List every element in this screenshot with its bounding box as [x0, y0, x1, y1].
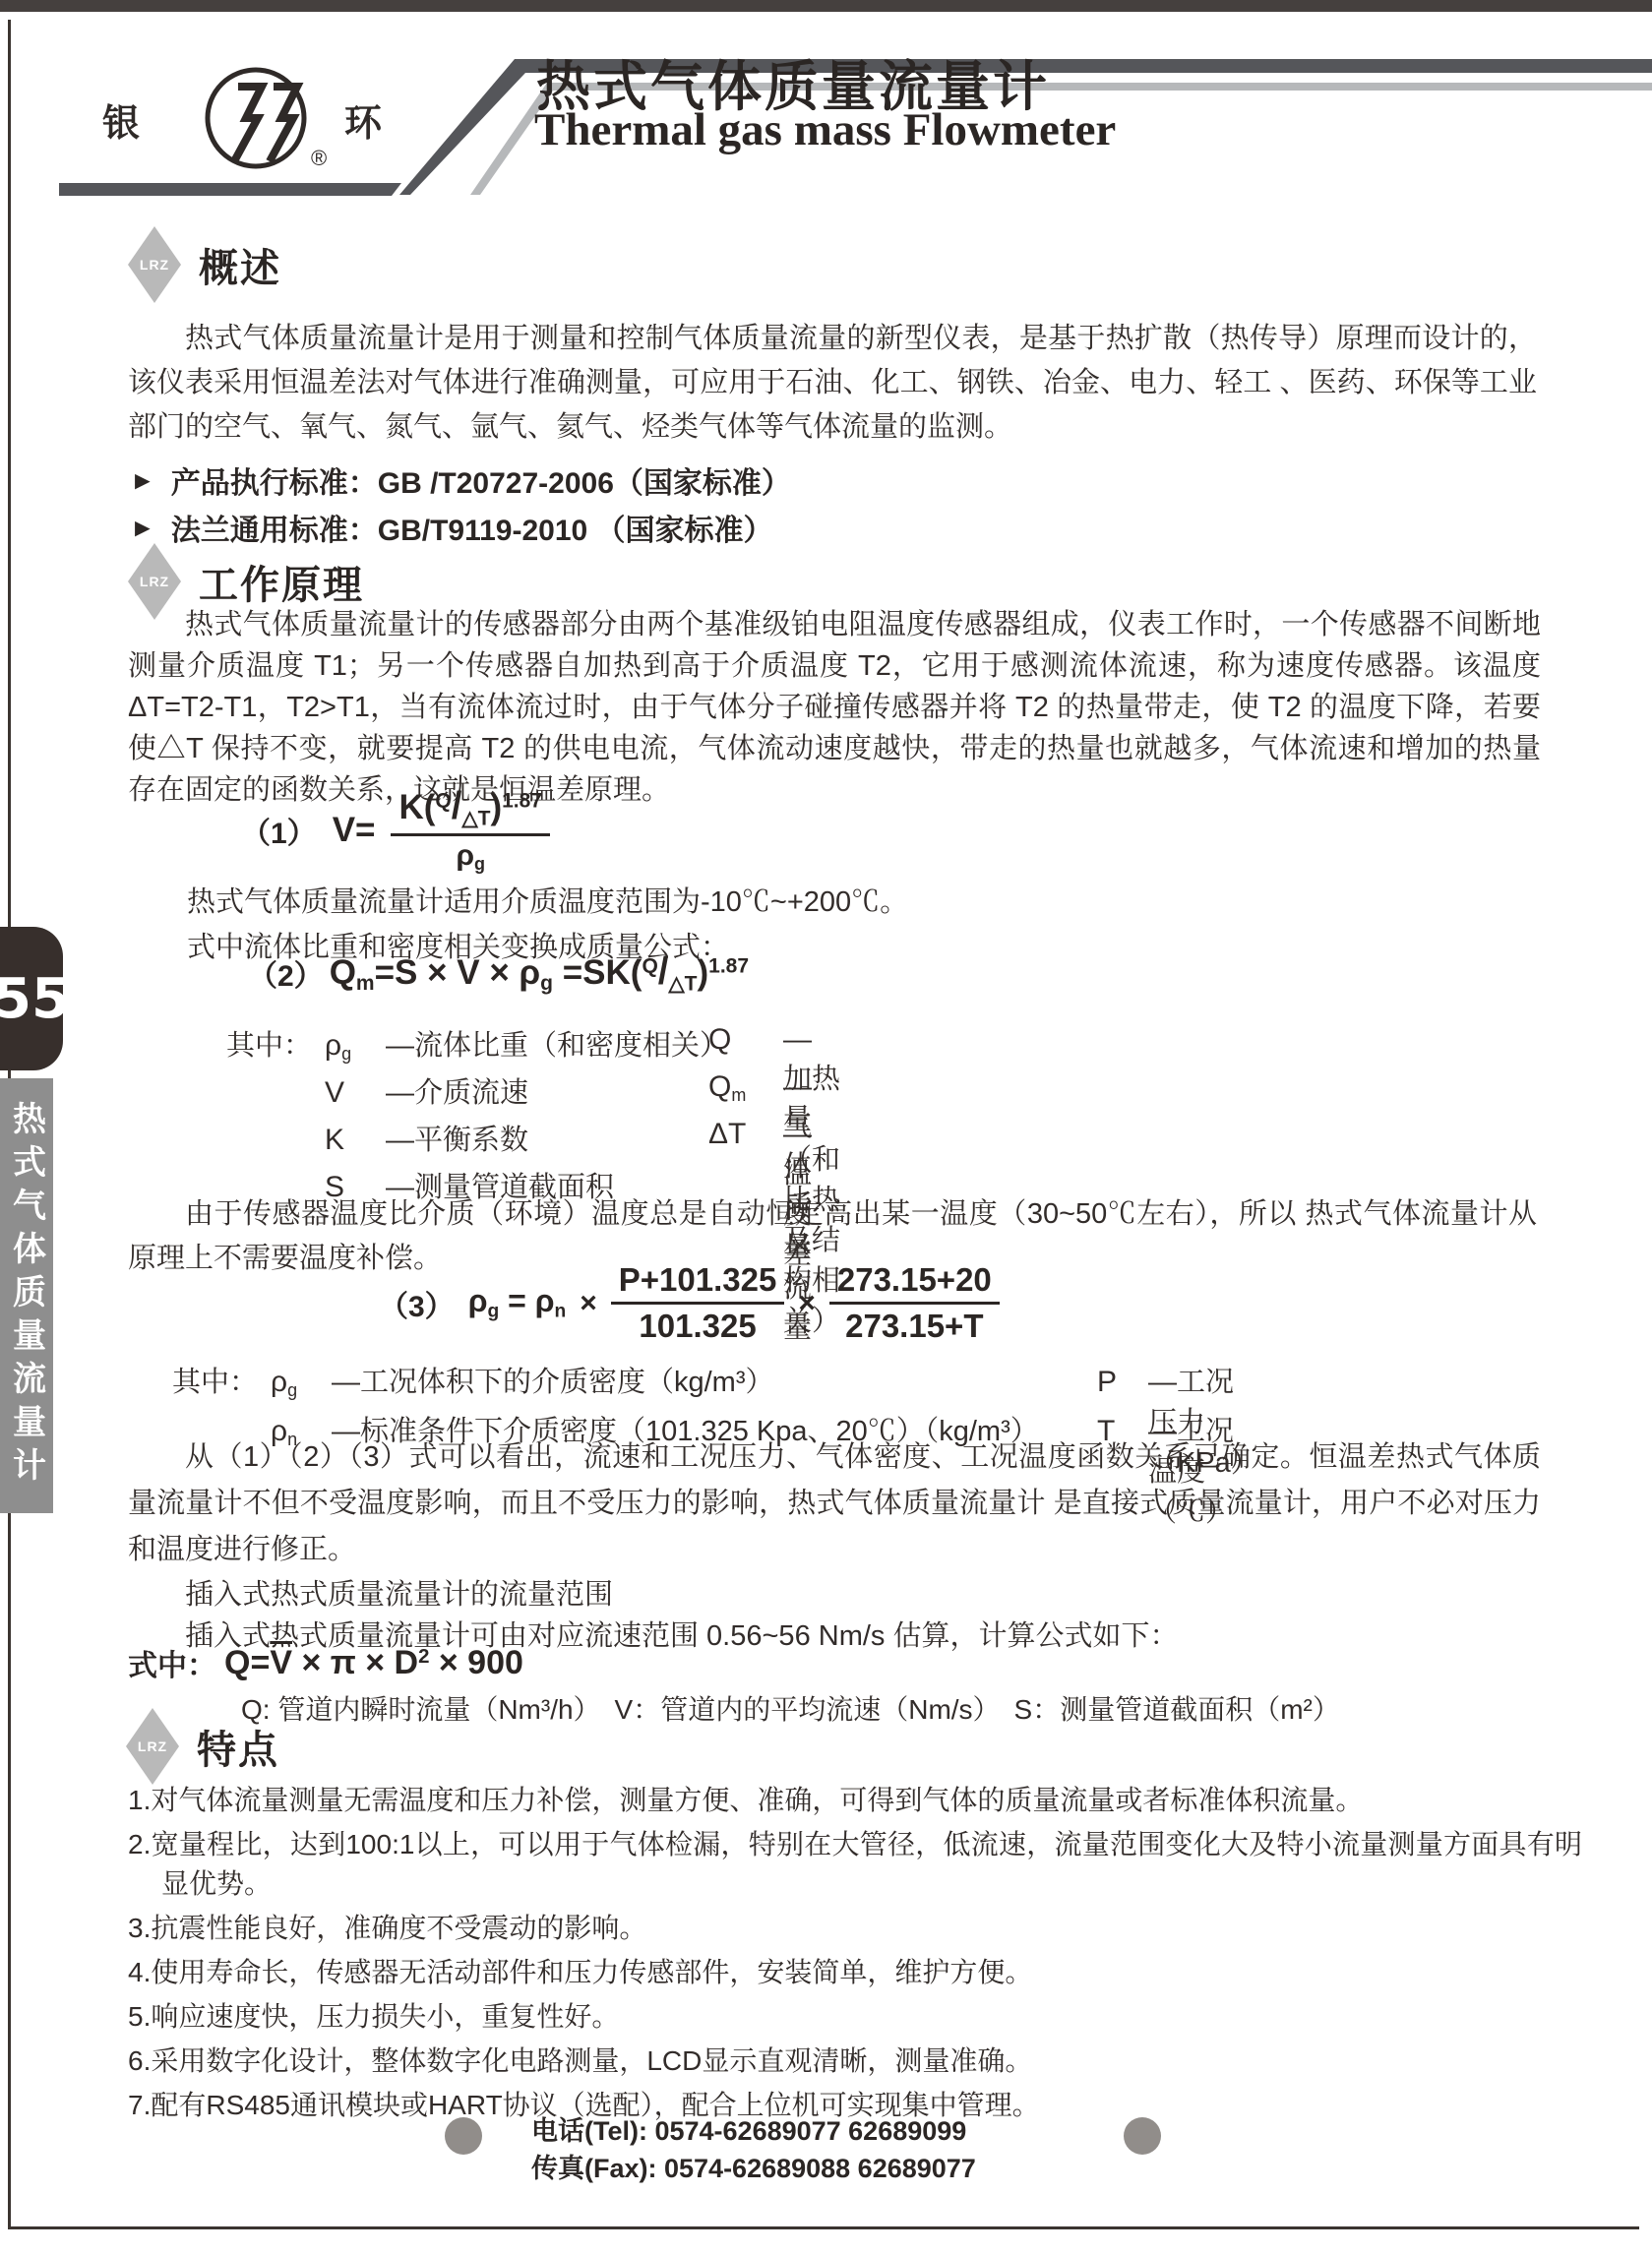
formula-part: × π × [292, 1644, 395, 1681]
formula-part: g [540, 972, 553, 995]
formula-1-label: （1） [241, 809, 317, 852]
formula-part: ρ [456, 839, 474, 872]
feature-item: 3.抗震性能良好，准确度不受震动的影响。 [128, 1909, 1582, 1948]
def-row: 其中： ρg —流体比重（和密度相关） Q — 加热量（和比热及结构相关） [226, 1023, 728, 1070]
insert-flow-title: 插入式热式质量流量计的流量范围 [185, 1572, 613, 1613]
def-lead: 其中： [172, 1360, 271, 1400]
formula-part: K( [398, 788, 435, 826]
formula-part: 273.15+T [845, 1305, 983, 1345]
formula-part: V [270, 1644, 292, 1681]
formula-part: Q= [224, 1644, 270, 1681]
formula-part: ρ [325, 1029, 341, 1062]
def-symbol: P [1097, 1366, 1148, 1399]
def-symbol: ΔT [708, 1118, 783, 1151]
formula-part: ) [490, 788, 502, 826]
bullet-arrow-icon: ► [130, 515, 155, 540]
footer-fax: 传真(Fax): 0574-62689088 62689077 [531, 2147, 976, 2185]
def-symbol: V [325, 1076, 386, 1110]
side-title: 热式气体质量流量计 [3, 1101, 51, 1491]
formula-part: ρ [520, 953, 541, 992]
formula-2-label: （2） [248, 951, 324, 995]
principle-paragraph: 热式气体质量流量计的传感器部分由两个基准级铂电阻温度传感器组成，仪表工作时，一个… [128, 604, 1541, 811]
section-features-header: LRZ 特点 [126, 1708, 279, 1785]
badge-label: LRZ [140, 257, 169, 273]
formula-part: n [554, 1302, 566, 1322]
formula-part: g [474, 854, 485, 874]
footer-dot-left [445, 2117, 482, 2155]
section-title-features: 特点 [197, 1719, 279, 1775]
formula-part: ρ [468, 1283, 488, 1318]
overview-paragraph: 热式气体质量流量计是用于测量和控制气体质量流量的新型仪表，是基于热扩散（热传导）… [128, 317, 1537, 450]
standard-bullet-1: ► 产品执行标准：GB /T20727-2006（国家标准） [130, 458, 791, 502]
def-row: 其中： ρg —工况体积下的介质密度（kg/m³） P —工况压力（KPa） [172, 1360, 1039, 1409]
footer-dot-right [1124, 2117, 1161, 2155]
formula-part: Q [708, 1023, 731, 1056]
formula-2-exponent: 1.87 [708, 954, 749, 977]
def-text: —工况体积下的介质密度（kg/m³） [332, 1360, 774, 1400]
units-note: Q: 管道内瞬时流量（Nm³/h） V：管道内的平均流速（Nm/s） S：测量管… [241, 1688, 1340, 1728]
formula-part: =S × V × [375, 953, 520, 992]
badge-label: LRZ [140, 574, 169, 589]
formula-2: （2） Qm=S × V × ρg =SK(Q/△T)1.87 [248, 950, 749, 996]
formula-part: Q [330, 953, 356, 992]
multiply-sign: × [798, 1287, 816, 1320]
def-symbol: ρg [271, 1366, 332, 1401]
section-overview-header: LRZ 概述 [128, 226, 281, 303]
def-row: K —平衡系数 ΔT — 温度差 [226, 1118, 728, 1165]
feature-item: 5.响应速度快，压力损失小，重复性好。 [128, 1997, 1582, 2037]
formula-part: = [508, 1283, 535, 1318]
formula-1-exponent: 1.87 [502, 789, 542, 812]
yinhuan-logo-icon [195, 57, 323, 185]
formula-part: ΔT [708, 1118, 746, 1150]
formula-3-fraction-1: P+101.325 101.325 [611, 1261, 785, 1345]
footer-tel: 电话(Tel): 0574-62689077 62689099 [531, 2109, 966, 2148]
def-text: —介质流速 [386, 1070, 528, 1111]
formula-1-fraction: K(Q/△T)1.87 ρg [391, 785, 550, 875]
page-title-en: Thermal gas mass Flowmeter [534, 103, 1116, 156]
formula-1-denominator: ρg [456, 836, 485, 875]
def-symbol: Qm [708, 1070, 783, 1106]
def-text: —平衡系数 [386, 1118, 528, 1158]
formula-part: × 900 [429, 1644, 522, 1681]
def-symbol: ρg [325, 1029, 386, 1065]
brand-reg-mark: ® [311, 146, 327, 171]
feature-item: 6.采用数字化设计，整体数字化电路测量，LCD显示直观清晰，测量准确。 [128, 2042, 1582, 2081]
bottom-border-line [8, 2226, 1639, 2229]
formula-4-body: Q=V × π × D2 × 900 [224, 1644, 523, 1682]
formula-4-exponent: 2 [418, 1645, 429, 1667]
conclusion-paragraph: 从（1）（2）（3）式可以看出，流速和工况压力、气体密度、工况温度函数关系已确定… [128, 1434, 1541, 1573]
formula-part: m [731, 1085, 746, 1105]
formula-part: Q [642, 954, 657, 977]
formula-part: g [287, 1380, 297, 1400]
def-row: V —介质流速 Qm — 气体质量流量 [226, 1070, 728, 1118]
page-number: 55 [0, 967, 70, 1031]
def-lead: 其中： [226, 1023, 325, 1064]
formula-part: g [341, 1044, 351, 1064]
feature-item: 1.对气体流量测量无需温度和压力补偿，测量方便、准确，可得到气体的质量流量或者标… [128, 1781, 1582, 1820]
formula-part: P [1097, 1366, 1117, 1398]
formula-part: / [658, 950, 669, 993]
formula-part: ) [697, 953, 708, 992]
formula-part: / [452, 785, 462, 827]
def-text: —流体比重（和密度相关） [386, 1023, 728, 1064]
page-container: 银 ® 环 热式气体质量流量计 Thermal gas mass Flowmet… [0, 0, 1652, 2255]
formula-3-label: （3） [379, 1282, 455, 1325]
feature-item: 4.使用寿命长，传感器无活动部件和压力传感部件，安装简单，维护方便。 [128, 1953, 1582, 1992]
defs-list-1: 其中： ρg —流体比重（和密度相关） Q — 加热量（和比热及结构相关） V … [226, 1023, 728, 1212]
formula-part: m [356, 972, 375, 995]
formula-1-numerator: K(Q/△T)1.87 [391, 785, 550, 836]
formula-part: 101.325 [639, 1305, 756, 1345]
formula-4-prefix: 式中： [128, 1641, 216, 1684]
lrz-badge-icon: LRZ [126, 1708, 179, 1785]
formula-part: △T [669, 972, 698, 995]
feature-item: 2.宽量程比，达到100:1以上，可以用于气体检漏，特别在大管径，低流速，流量范… [128, 1825, 1582, 1904]
formula-4: 式中： Q=V × π × D2 × 900 [128, 1641, 523, 1684]
formula-1: （1） V= K(Q/△T)1.87 ρg [241, 785, 550, 875]
formula-part: △T [461, 807, 490, 829]
temp-range-note: 热式气体质量流量计适用介质温度范围为-10℃~+200℃。 [187, 880, 908, 920]
side-title-bar: 热式气体质量流量计 [0, 1078, 53, 1513]
def-symbol: K [325, 1124, 386, 1157]
bullet-arrow-icon: ► [130, 467, 155, 493]
brand-right-char: 环 [344, 92, 382, 147]
formula-part: ρ [535, 1283, 555, 1318]
section-title-principle: 工作原理 [199, 554, 364, 610]
formula-3-lhs: ρg = ρn [468, 1283, 567, 1322]
formula-part: Q [435, 789, 451, 812]
formula-part: D [395, 1644, 419, 1681]
multiply-sign: × [580, 1287, 597, 1320]
standard-text-1: 产品执行标准：GB /T20727-2006（国家标准） [171, 458, 791, 502]
lrz-badge-icon: LRZ [128, 226, 181, 303]
formula-part: Q [708, 1070, 731, 1103]
features-list: 1.对气体流量测量无需温度和压力补偿，测量方便、准确，可得到气体的质量流量或者标… [128, 1781, 1582, 2130]
formula-1-lhs: V= [333, 811, 376, 850]
formula-part: V [325, 1076, 344, 1109]
formula-3-fraction-2: 273.15+20 273.15+T [829, 1261, 1000, 1345]
formula-part: P+101.325 [611, 1261, 785, 1305]
formula-2-body: Qm=S × V × ρg =SK(Q/△T)1.87 [330, 950, 749, 996]
brand-left-char: 银 [102, 92, 140, 147]
formula-part: =SK( [553, 953, 642, 992]
formula-part: K [325, 1124, 344, 1156]
section-title-overview: 概述 [199, 237, 281, 293]
formula-part: g [487, 1302, 499, 1322]
badge-label: LRZ [138, 1738, 167, 1754]
formula-3: （3） ρg = ρn × P+101.325 101.325 × 273.15… [379, 1261, 1000, 1345]
formula-part: ρ [271, 1366, 287, 1398]
page-number-tab: 55 [0, 927, 63, 1070]
def-symbol: Q [708, 1023, 783, 1059]
formula-part: 273.15+20 [829, 1261, 1000, 1305]
